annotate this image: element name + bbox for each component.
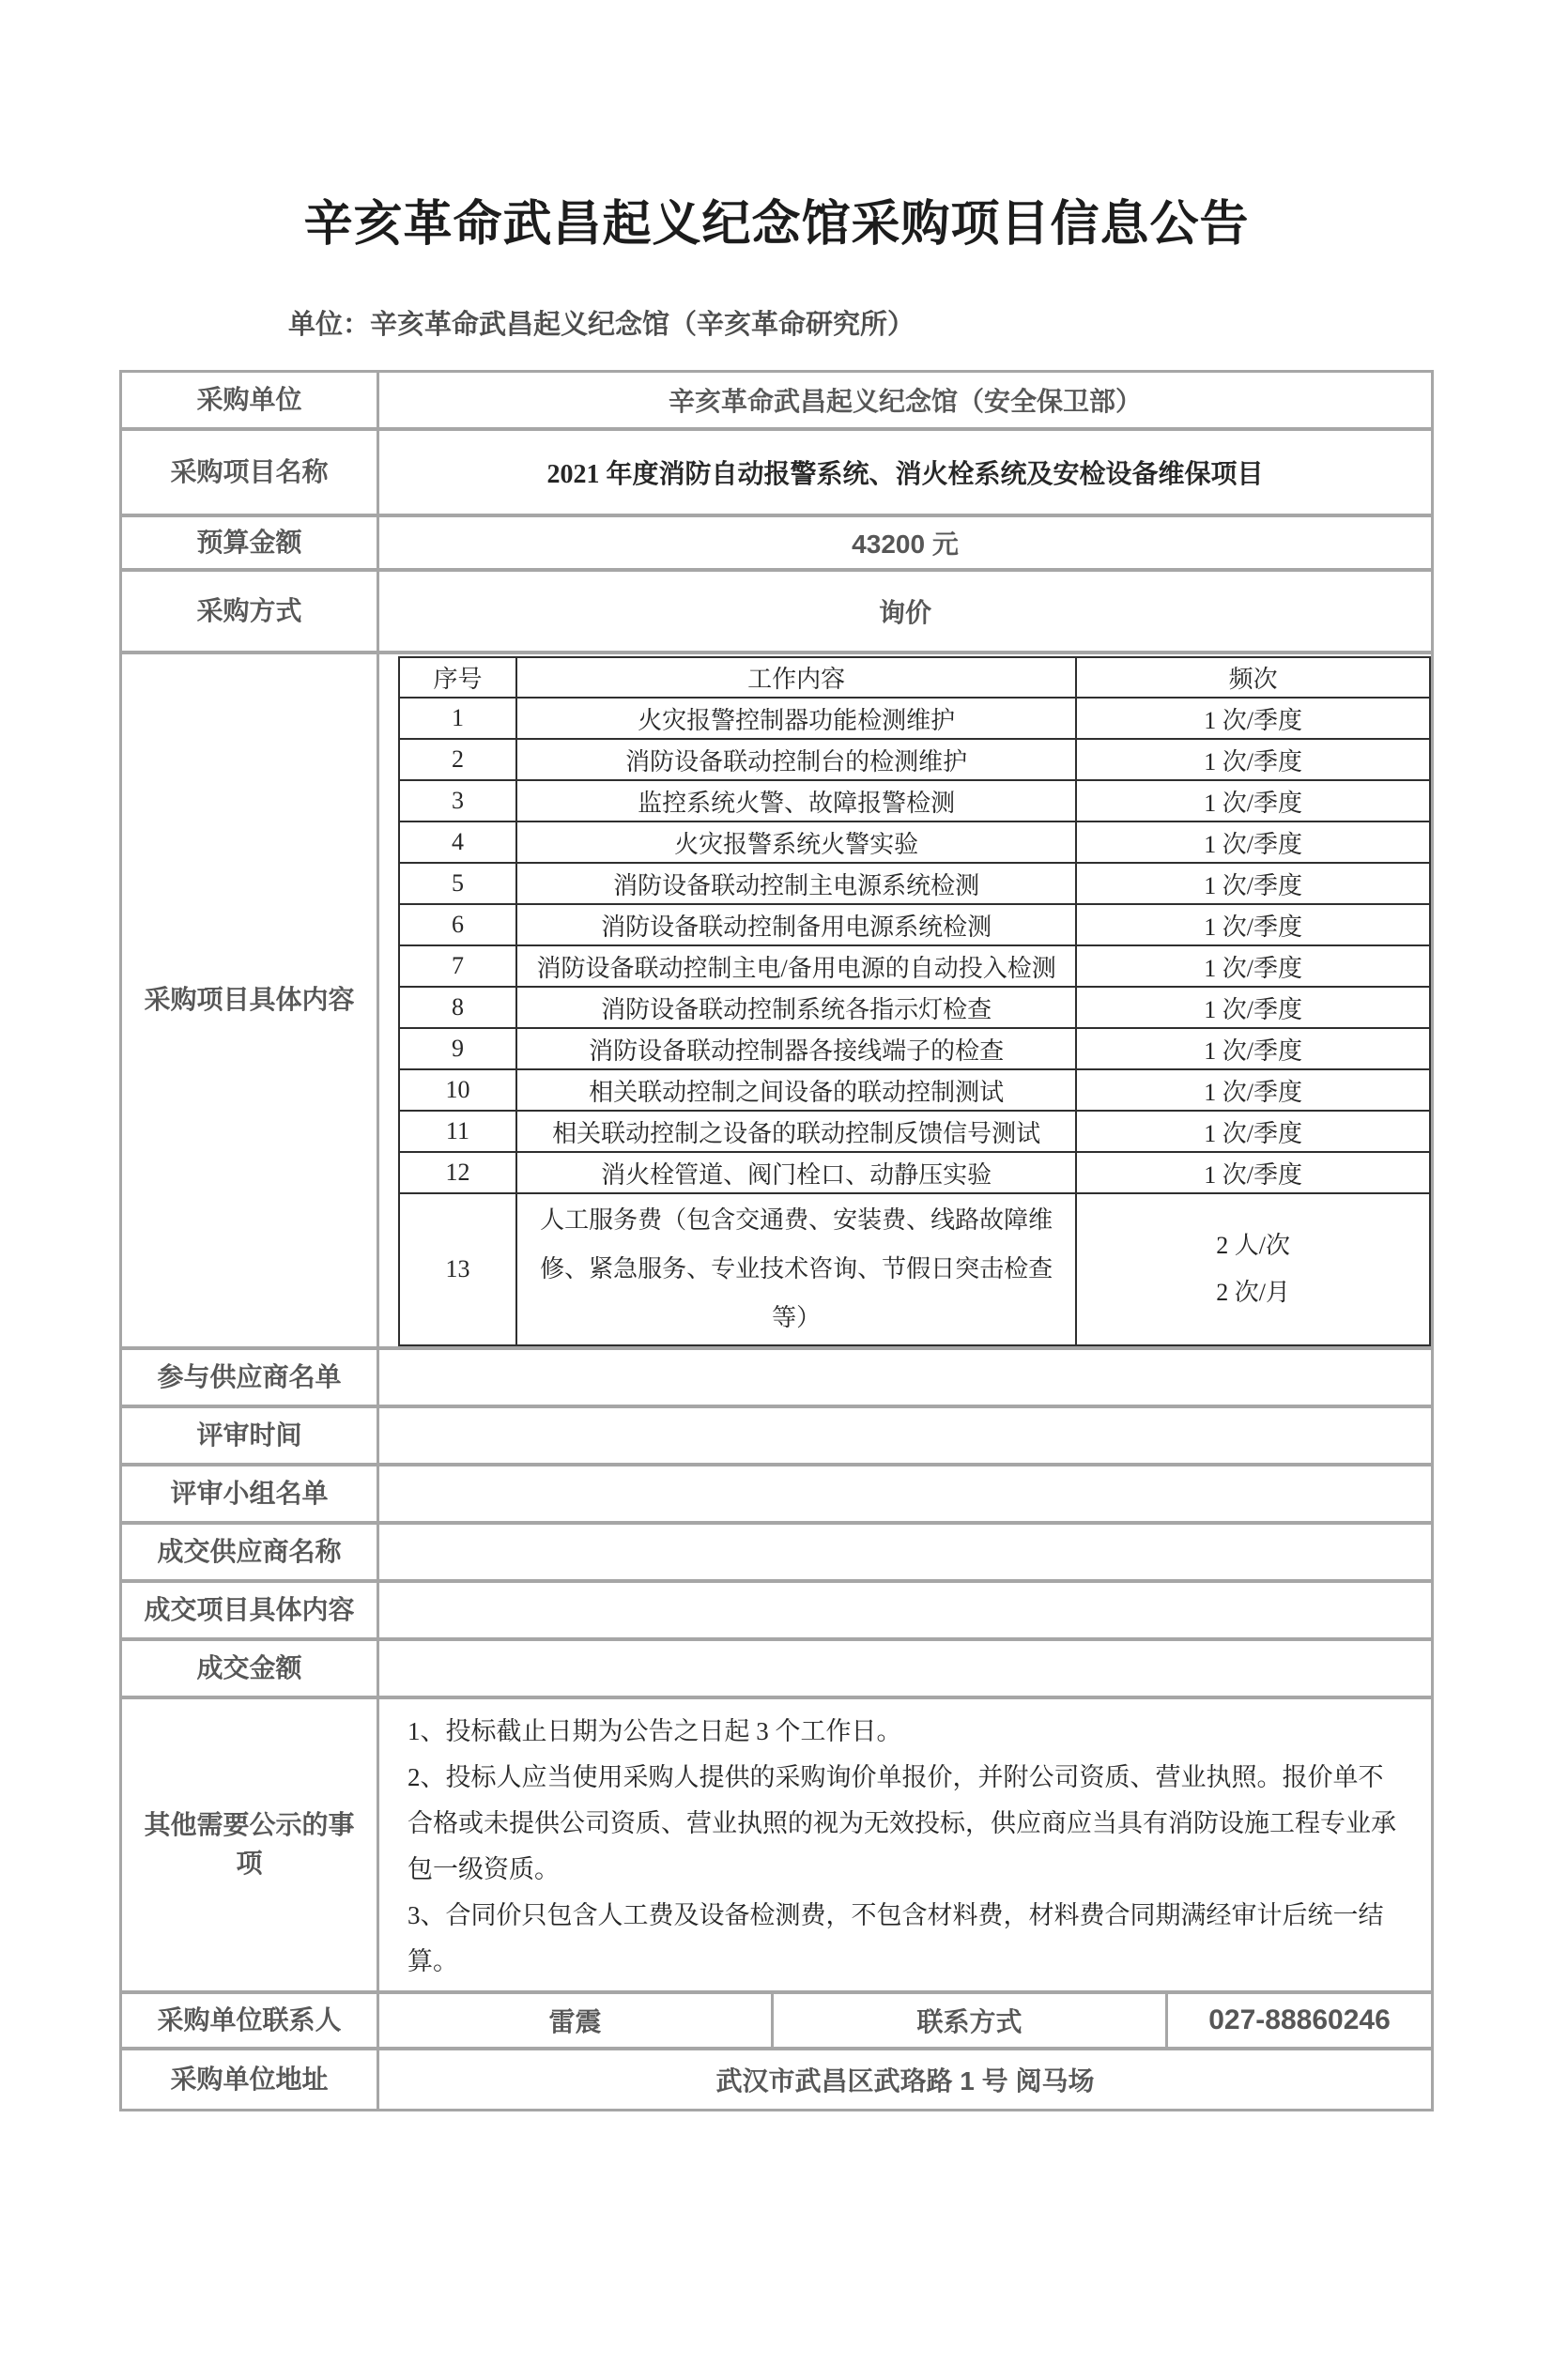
work-item-content: 火灾报警系统火警实验 xyxy=(516,821,1076,863)
row-label: 成交供应商名称 xyxy=(122,1525,379,1579)
empty-value-cell xyxy=(379,1408,1431,1463)
row-label: 采购项目具体内容 xyxy=(122,654,379,1346)
freq-line-2: 2 次/月 xyxy=(1083,1269,1423,1316)
work-item-no: 9 xyxy=(399,1028,516,1069)
table-row-budget: 预算金额 43200 元 xyxy=(122,517,1431,572)
work-item-row: 7 消防设备联动控制主电/备用电源的自动投入检测 1 次/季度 xyxy=(399,945,1430,987)
empty-value-cell xyxy=(379,1350,1431,1405)
table-row-suppliers: 参与供应商名单 xyxy=(122,1350,1431,1408)
work-item-freq: 1 次/季度 xyxy=(1076,945,1430,987)
work-item-row: 11 相关联动控制之设备的联动控制反馈信号测试 1 次/季度 xyxy=(399,1111,1430,1152)
unit-subtitle: 单位：辛亥革命武昌起义纪念馆（辛亥革命研究所） xyxy=(288,303,1434,342)
row-label: 评审小组名单 xyxy=(122,1466,379,1521)
table-row-method: 采购方式 询价 xyxy=(122,572,1431,654)
work-item-no: 11 xyxy=(399,1111,516,1152)
row-label: 采购单位联系人 xyxy=(122,1994,379,2047)
row-value: 询价 xyxy=(379,572,1431,651)
work-item-no: 13 xyxy=(399,1193,516,1345)
work-item-freq: 1 次/季度 xyxy=(1076,1111,1430,1152)
work-item-content: 消防设备联动控制台的检测维护 xyxy=(516,739,1076,780)
row-value: 2021 年度消防自动报警系统、消火栓系统及安检设备维保项目 xyxy=(379,431,1431,514)
row-label: 采购单位 xyxy=(122,373,379,427)
work-item-no: 7 xyxy=(399,945,516,987)
work-item-freq: 1 次/季度 xyxy=(1076,739,1430,780)
table-row-review-panel: 评审小组名单 xyxy=(122,1466,1431,1525)
table-row-notes: 其他需要公示的事项 1、投标截止日期为公告之日起 3 个工作日。 2、投标人应当… xyxy=(122,1699,1431,1994)
col-header-no: 序号 xyxy=(399,657,516,698)
work-item-row: 13 人工服务费（包含交通费、安装费、线路故障维修、紧急服务、专业技术咨询、节假… xyxy=(399,1193,1430,1345)
work-item-row: 1 火灾报警控制器功能检测维护 1 次/季度 xyxy=(399,698,1430,739)
work-item-row: 6 消防设备联动控制备用电源系统检测 1 次/季度 xyxy=(399,904,1430,945)
col-header-content: 工作内容 xyxy=(516,657,1076,698)
work-item-freq: 1 次/季度 xyxy=(1076,863,1430,904)
work-item-no: 12 xyxy=(399,1152,516,1193)
table-row-address: 采购单位地址 武汉市武昌区武珞路 1 号 阅马场 xyxy=(122,2050,1431,2109)
work-item-row: 8 消防设备联动控制系统各指示灯检查 1 次/季度 xyxy=(399,987,1430,1028)
empty-value-cell xyxy=(379,1525,1431,1579)
work-item-freq: 1 次/季度 xyxy=(1076,698,1430,739)
note-line: 3、合同价只包含人工费及设备检测费，不包含材料费，材料费合同期满经审计后统一结算… xyxy=(407,1893,1407,1985)
work-item-content: 消防设备联动控制备用电源系统检测 xyxy=(516,904,1076,945)
table-row-detail: 采购项目具体内容 序号 工作内容 频次 1 火灾报警控制器功能检测维护 1 次/… xyxy=(122,654,1431,1350)
contact-method-label: 联系方式 xyxy=(774,1994,1168,2047)
work-item-no: 8 xyxy=(399,987,516,1028)
work-item-no: 2 xyxy=(399,739,516,780)
work-item-freq: 1 次/季度 xyxy=(1076,1028,1430,1069)
work-item-content: 消防设备联动控制系统各指示灯检查 xyxy=(516,987,1076,1028)
empty-value-cell xyxy=(379,1583,1431,1637)
row-label: 预算金额 xyxy=(122,517,379,568)
table-row-awarded-supplier: 成交供应商名称 xyxy=(122,1525,1431,1583)
work-item-no: 6 xyxy=(399,904,516,945)
work-item-no: 10 xyxy=(399,1069,516,1111)
row-label: 其他需要公示的事项 xyxy=(122,1699,379,1990)
work-item-content: 人工服务费（包含交通费、安装费、线路故障维修、紧急服务、专业技术咨询、节假日突击… xyxy=(516,1193,1076,1345)
work-item-row: 3 监控系统火警、故障报警检测 1 次/季度 xyxy=(399,780,1430,821)
row-label: 采购单位地址 xyxy=(122,2050,379,2109)
work-item-freq: 1 次/季度 xyxy=(1076,904,1430,945)
work-item-content: 消防设备联动控制主电源系统检测 xyxy=(516,863,1076,904)
row-label: 采购项目名称 xyxy=(122,431,379,514)
work-item-content: 相关联动控制之间设备的联动控制测试 xyxy=(516,1069,1076,1111)
row-label: 采购方式 xyxy=(122,572,379,651)
table-row-awarded-amount: 成交金额 xyxy=(122,1641,1431,1699)
contact-phone: 027-88860246 xyxy=(1168,1994,1431,2047)
work-item-freq: 1 次/季度 xyxy=(1076,821,1430,863)
row-label: 成交项目具体内容 xyxy=(122,1583,379,1637)
table-row-purchasing-unit: 采购单位 辛亥革命武昌起义纪念馆（安全保卫部） xyxy=(122,373,1431,431)
work-item-content: 相关联动控制之设备的联动控制反馈信号测试 xyxy=(516,1111,1076,1152)
row-value: 43200 元 xyxy=(379,517,1431,568)
address-value: 武汉市武昌区武珞路 1 号 阅马场 xyxy=(379,2050,1431,2109)
table-row-project-name: 采购项目名称 2021 年度消防自动报警系统、消火栓系统及安检设备维保项目 xyxy=(122,431,1431,517)
empty-value-cell xyxy=(379,1641,1431,1696)
work-item-content: 消防设备联动控制主电/备用电源的自动投入检测 xyxy=(516,945,1076,987)
work-item-content: 火灾报警控制器功能检测维护 xyxy=(516,698,1076,739)
work-item-content: 监控系统火警、故障报警检测 xyxy=(516,780,1076,821)
note-line: 2、投标人应当使用采购人提供的采购询价单报价，并附公司资质、营业执照。报价单不合… xyxy=(407,1755,1407,1893)
note-line: 1、投标截止日期为公告之日起 3 个工作日。 xyxy=(407,1709,1407,1755)
announcement-document: 辛亥革命武昌起义纪念馆采购项目信息公告 单位：辛亥革命武昌起义纪念馆（辛亥革命研… xyxy=(119,184,1434,2111)
work-item-no: 3 xyxy=(399,780,516,821)
row-label: 成交金额 xyxy=(122,1641,379,1696)
work-item-no: 4 xyxy=(399,821,516,863)
table-row-review-time: 评审时间 xyxy=(122,1408,1431,1466)
freq-line-1: 2 人/次 xyxy=(1083,1222,1423,1269)
work-item-freq: 1 次/季度 xyxy=(1076,987,1430,1028)
work-item-no: 1 xyxy=(399,698,516,739)
work-item-row: 2 消防设备联动控制台的检测维护 1 次/季度 xyxy=(399,739,1430,780)
work-item-row: 12 消火栓管道、阀门栓口、动静压实验 1 次/季度 xyxy=(399,1152,1430,1193)
notes-cell: 1、投标截止日期为公告之日起 3 个工作日。 2、投标人应当使用采购人提供的采购… xyxy=(379,1699,1431,1990)
table-row-awarded-detail: 成交项目具体内容 xyxy=(122,1583,1431,1641)
work-item-row: 5 消防设备联动控制主电源系统检测 1 次/季度 xyxy=(399,863,1430,904)
work-item-no: 5 xyxy=(399,863,516,904)
work-item-row: 10 相关联动控制之间设备的联动控制测试 1 次/季度 xyxy=(399,1069,1430,1111)
empty-value-cell xyxy=(379,1466,1431,1521)
work-items-table: 序号 工作内容 频次 1 火灾报警控制器功能检测维护 1 次/季度 2 消防设备… xyxy=(398,656,1431,1346)
work-item-freq: 1 次/季度 xyxy=(1076,780,1430,821)
work-item-freq: 1 次/季度 xyxy=(1076,1152,1430,1193)
page-title: 辛亥革命武昌起义纪念馆采购项目信息公告 xyxy=(119,184,1434,254)
work-item-content: 消防设备联动控制器各接线端子的检查 xyxy=(516,1028,1076,1069)
row-value: 辛亥革命武昌起义纪念馆（安全保卫部） xyxy=(379,373,1431,427)
contact-name: 雷震 xyxy=(379,1994,774,2047)
table-row-contact: 采购单位联系人 雷震 联系方式 027-88860246 xyxy=(122,1994,1431,2050)
col-header-freq: 频次 xyxy=(1076,657,1430,698)
work-item-freq: 1 次/季度 xyxy=(1076,1069,1430,1111)
work-item-row: 9 消防设备联动控制器各接线端子的检查 1 次/季度 xyxy=(399,1028,1430,1069)
work-item-row: 4 火灾报警系统火警实验 1 次/季度 xyxy=(399,821,1430,863)
row-label: 参与供应商名单 xyxy=(122,1350,379,1405)
work-item-content: 消火栓管道、阀门栓口、动静压实验 xyxy=(516,1152,1076,1193)
detail-cell: 序号 工作内容 频次 1 火灾报警控制器功能检测维护 1 次/季度 2 消防设备… xyxy=(379,654,1431,1346)
work-item-freq: 2 人/次 2 次/月 xyxy=(1076,1193,1430,1345)
row-label: 评审时间 xyxy=(122,1408,379,1463)
work-items-header-row: 序号 工作内容 频次 xyxy=(399,657,1430,698)
procurement-info-table: 采购单位 辛亥革命武昌起义纪念馆（安全保卫部） 采购项目名称 2021 年度消防… xyxy=(119,370,1434,2111)
